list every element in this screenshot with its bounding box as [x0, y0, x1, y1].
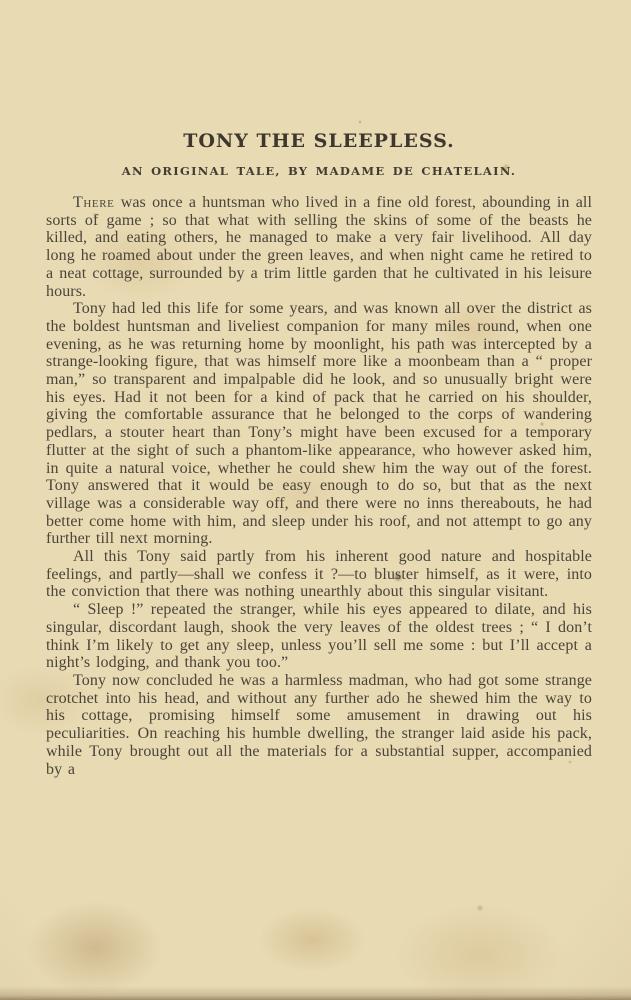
page-subtitle: AN ORIGINAL TALE, BY MADAME DE CHATELAIN… — [46, 165, 592, 178]
story-text: There was once a huntsman who lived in a… — [46, 194, 592, 778]
paragraph-3: All this Tony said partly from his inher… — [46, 548, 592, 601]
paragraph-2: Tony had led this life for some years, a… — [46, 300, 592, 548]
paragraph-4: “ Sleep !” repeated the stranger, while … — [46, 601, 592, 672]
lead-word: There — [73, 194, 115, 211]
paragraph-1-text: was once a huntsman who lived in a fine … — [46, 194, 592, 300]
scanned-book-page: TONY THE SLEEPLESS. AN ORIGINAL TALE, BY… — [0, 0, 631, 1000]
paragraph-1: There was once a huntsman who lived in a… — [46, 194, 592, 300]
page-content: TONY THE SLEEPLESS. AN ORIGINAL TALE, BY… — [46, 0, 592, 778]
paragraph-5: Tony now concluded he was a harmless mad… — [46, 672, 592, 778]
page-title: TONY THE SLEEPLESS. — [46, 131, 592, 152]
